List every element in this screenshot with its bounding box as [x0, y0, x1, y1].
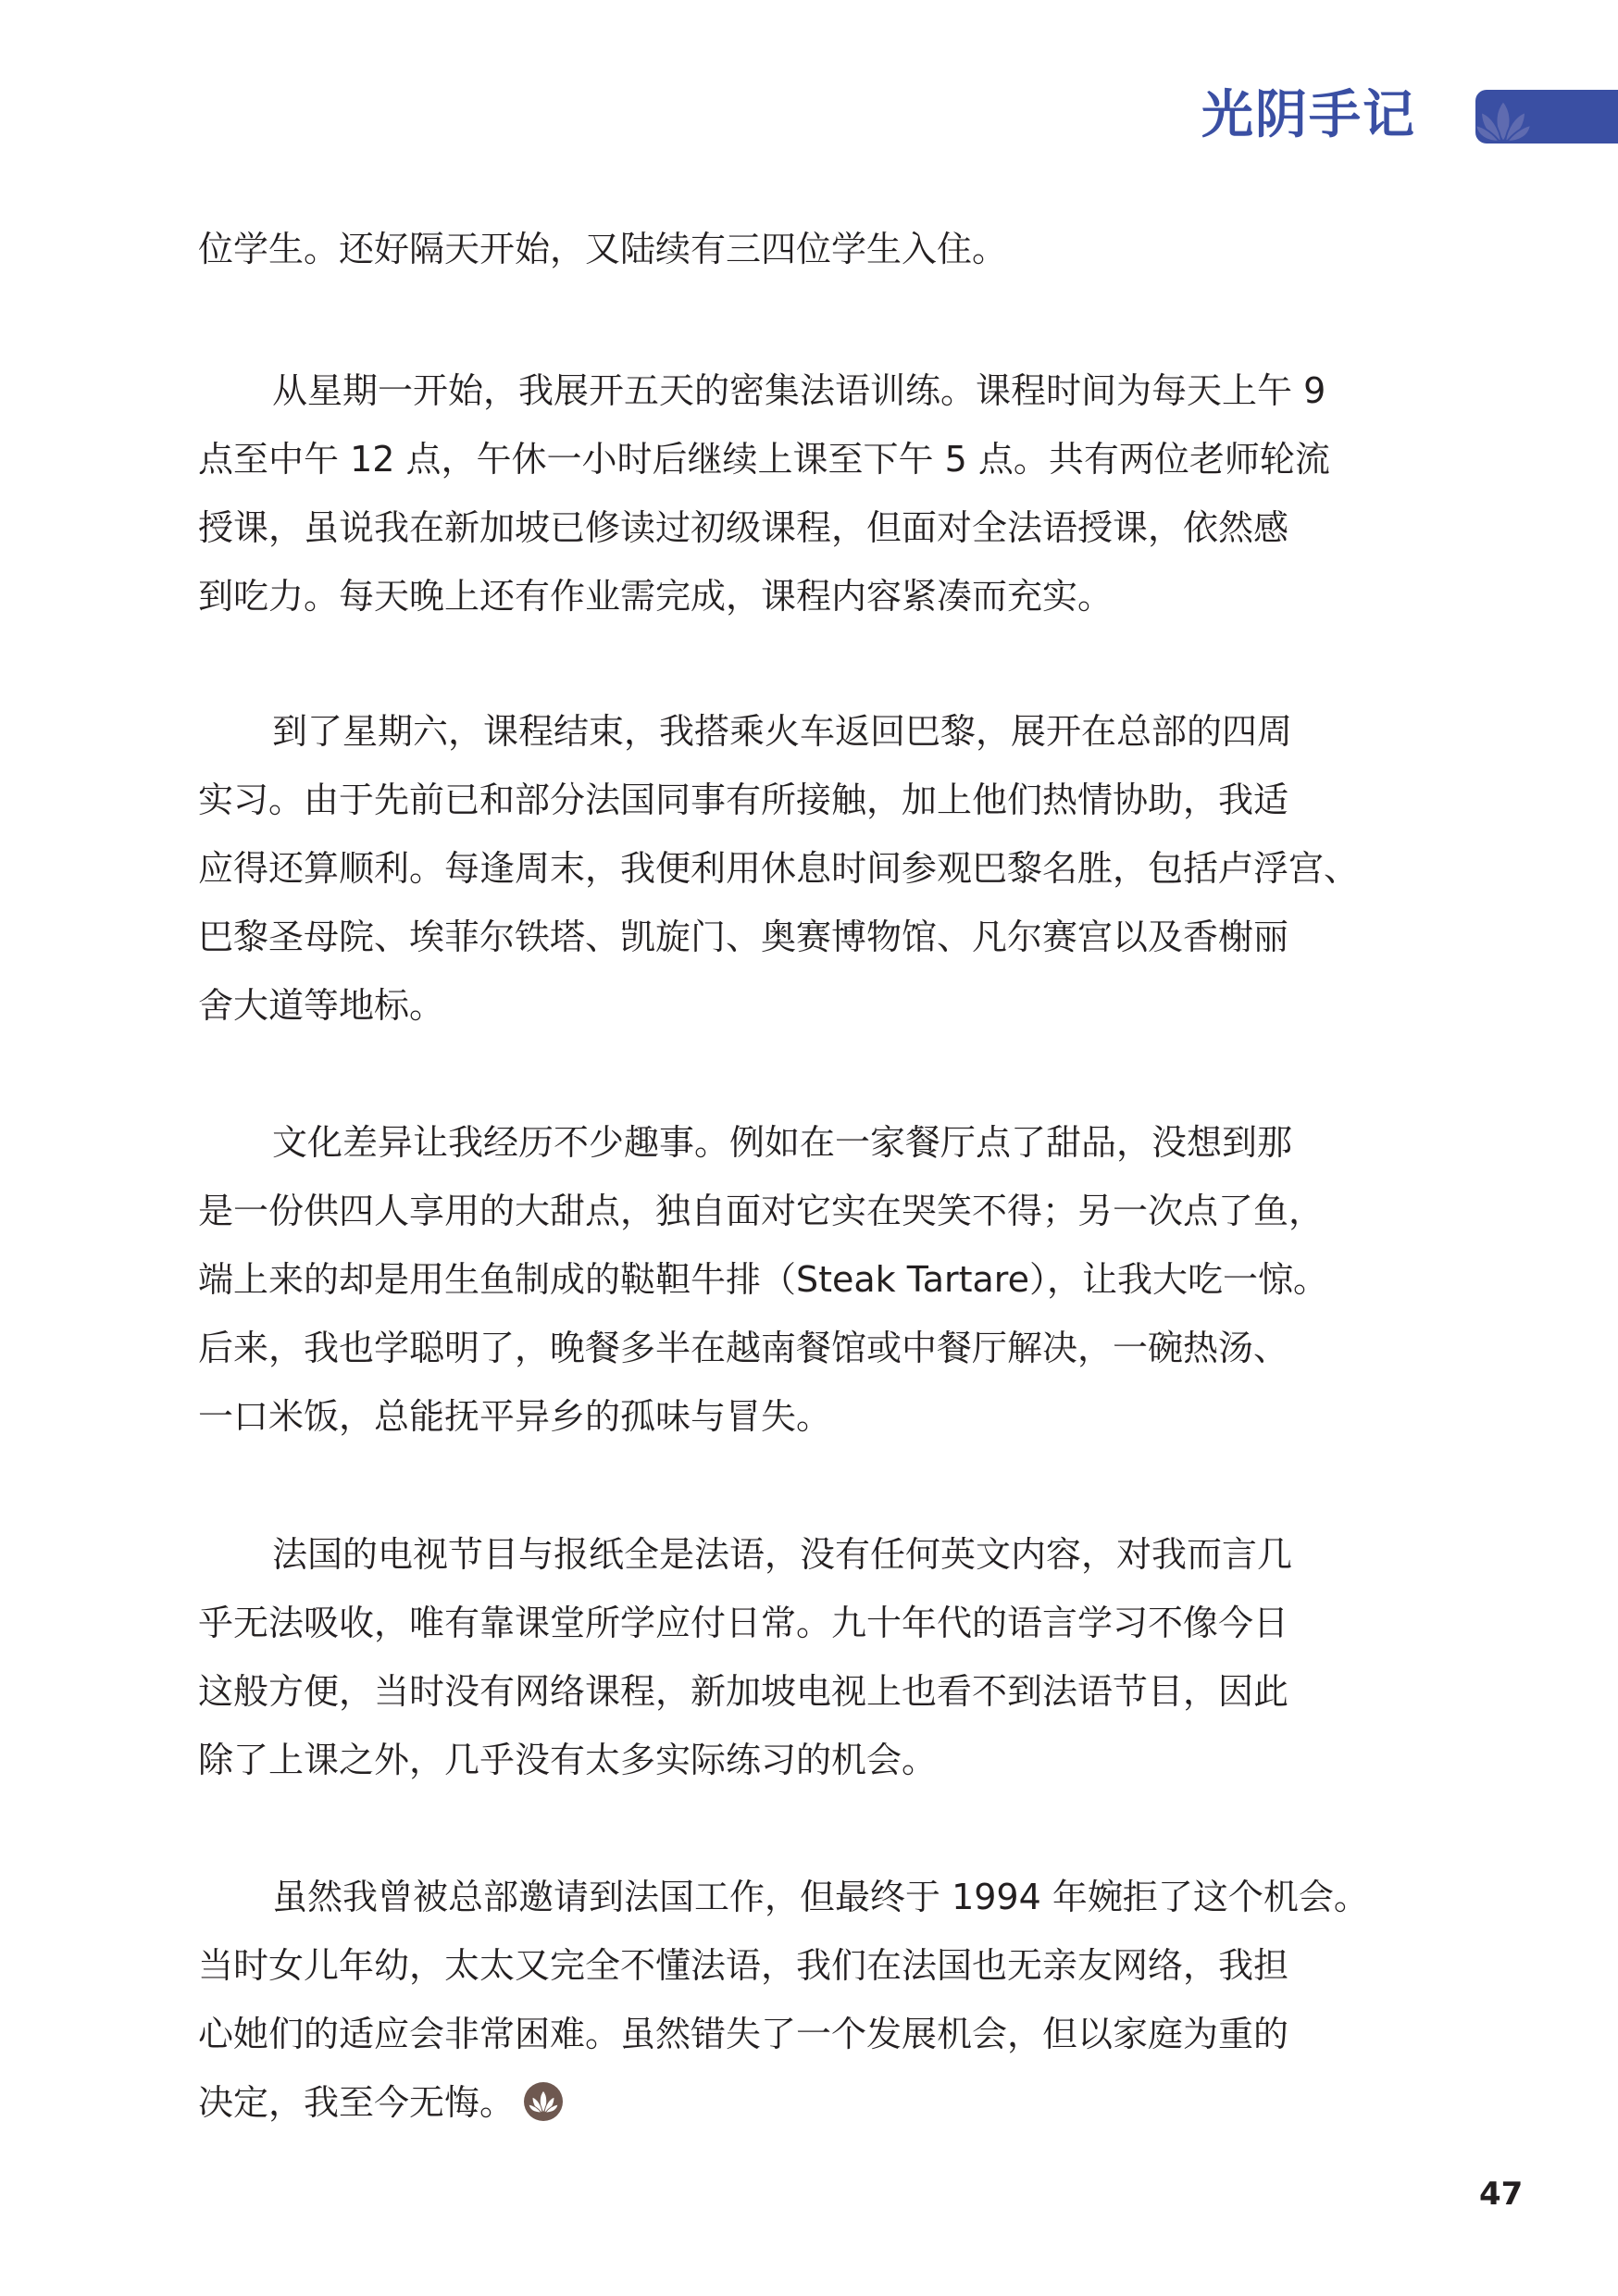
lotus-icon — [529, 2089, 558, 2115]
text-line-final: 决定，我至今无悔。 — [198, 2068, 563, 2137]
text-line: 从星期一开始，我展开五天的密集法语训练。课程时间为每天上午 9 — [198, 356, 1326, 425]
text-line: 这般方便，当时没有网络课程，新加坡电视上也看不到法语节目，因此 — [198, 1657, 1288, 1726]
text-line: 一口米饭，总能抚平异乡的孤味与冒失。 — [198, 1382, 831, 1451]
text-line: 到了星期六，课程结束，我搭乘火车返回巴黎，展开在总部的四周 — [198, 697, 1292, 766]
text-line: 法国的电视节目与报纸全是法语，没有任何英文内容，对我而言几 — [198, 1520, 1292, 1589]
text-line: 是一份供四人享用的大甜点，独自面对它实在哭笑不得；另一次点了鱼， — [198, 1177, 1324, 1245]
text-line: 点至中午 12 点，午休一小时后继续上课至下午 5 点。共有两位老师轮流 — [198, 425, 1330, 493]
text-line: 虽然我曾被总部邀请到法国工作，但最终于 1994 年婉拒了这个机会。 — [198, 1863, 1369, 1931]
page-header-title: 光阴手记 — [1201, 85, 1416, 146]
end-mark — [524, 2082, 563, 2121]
text-line: 心她们的适应会非常困难。虽然错失了一个发展机会，但以家庭为重的 — [198, 2000, 1288, 2068]
text-line: 到吃力。每天晚上还有作业需完成，课程内容紧凑而充实。 — [198, 562, 1113, 630]
text-line: 端上来的却是用生鱼制成的鞑靼牛排（Steak Tartare），让我大吃一惊。 — [198, 1245, 1328, 1314]
text-line: 决定，我至今无悔。 — [198, 2082, 515, 2123]
lotus-icon — [1475, 97, 1531, 143]
text-line: 乎无法吸收，唯有靠课堂所学应付日常。九十年代的语言学习不像今日 — [198, 1589, 1288, 1657]
text-line: 应得还算顺利。每逢周末，我便利用休息时间参观巴黎名胜，包括卢浮宫、 — [198, 834, 1359, 903]
document-page: 光阴手记 位学生。还好隔天开始，又陆续有三四位学生入住。 从星期一开始，我展开五… — [0, 0, 1618, 2296]
text-line: 除了上课之外，几乎没有太多实际练习的机会。 — [198, 1726, 937, 1794]
text-line: 位学生。还好隔天开始，又陆续有三四位学生入住。 — [198, 215, 1007, 283]
text-line: 后来，我也学聪明了，晚餐多半在越南餐馆或中餐厅解决，一碗热汤、 — [198, 1314, 1288, 1382]
text-line: 授课，虽说我在新加坡已修读过初级课程，但面对全法语授课，依然感 — [198, 493, 1288, 562]
text-line: 文化差异让我经历不少趣事。例如在一家餐厅点了甜品，没想到那 — [198, 1108, 1292, 1177]
text-line: 当时女儿年幼，太太又完全不懂法语，我们在法国也无亲友网络，我担 — [198, 1931, 1288, 2000]
text-line: 实习。由于先前已和部分法国同事有所接触，加上他们热情协助，我适 — [198, 766, 1288, 834]
page-number: 47 — [1479, 2176, 1523, 2213]
header-tab — [1475, 90, 1618, 143]
text-line: 巴黎圣母院、埃菲尔铁塔、凯旋门、奥赛博物馆、凡尔赛宫以及香榭丽 — [198, 903, 1288, 971]
text-line: 舍大道等地标。 — [198, 971, 444, 1040]
